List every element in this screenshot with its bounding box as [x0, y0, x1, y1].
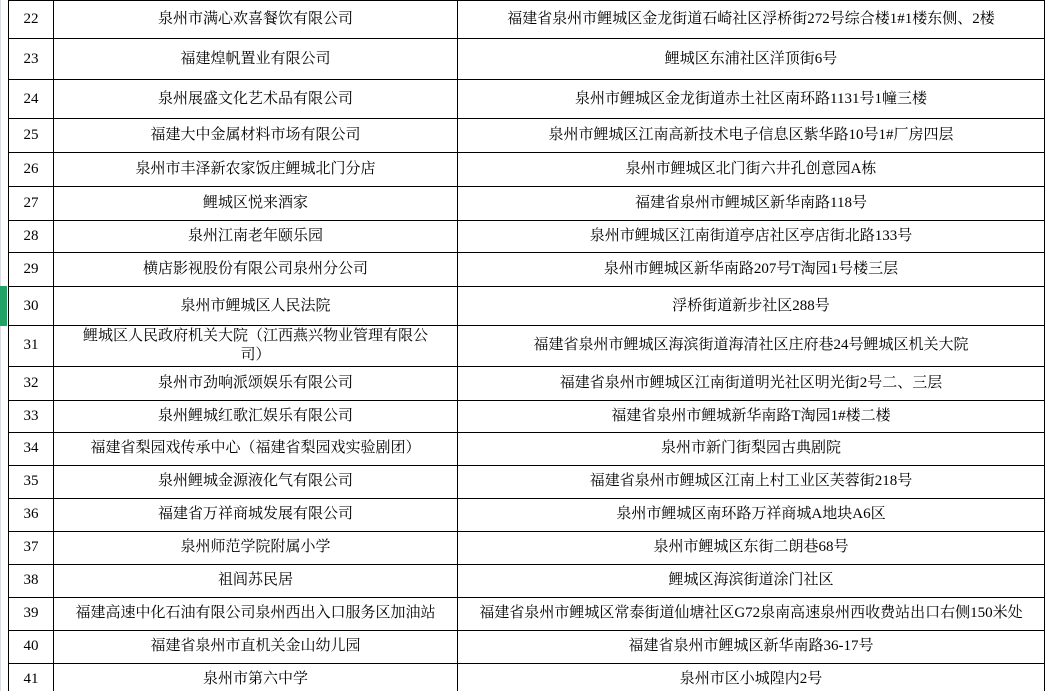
table-row: 31 鲤城区人民政府机关大院（江西燕兴物业管理有限公司） 福建省泉州市鲤城区海滨…	[9, 326, 1045, 367]
table-row: 32 泉州市劲响派颂娱乐有限公司 福建省泉州市鲤城区江南街道明光社区明光街2号二…	[9, 366, 1045, 400]
company-name-cell[interactable]: 泉州市鲤城区人民法院	[54, 287, 458, 326]
row-number-cell[interactable]: 25	[9, 119, 54, 153]
row-number-cell[interactable]: 39	[9, 597, 54, 630]
page-left-edge-line	[0, 0, 1, 691]
table-row: 23 福建煌帆置业有限公司 鲤城区东浦社区洋顶街6号	[9, 39, 1045, 80]
company-name-cell[interactable]: 泉州市满心欢喜餐饮有限公司	[54, 1, 458, 39]
row-number-cell[interactable]: 26	[9, 153, 54, 187]
address-cell[interactable]: 泉州市新门街梨园古典剧院	[458, 432, 1045, 465]
row-number-cell[interactable]: 27	[9, 187, 54, 221]
row-number-cell[interactable]: 22	[9, 1, 54, 39]
row-number-cell[interactable]: 36	[9, 498, 54, 531]
company-name-cell[interactable]: 福建省万祥商城发展有限公司	[54, 498, 458, 531]
company-name-cell[interactable]: 福建高速中化石油有限公司泉州西出入口服务区加油站	[54, 597, 458, 630]
address-cell[interactable]: 鲤城区东浦社区洋顶街6号	[458, 39, 1045, 80]
company-name-cell[interactable]: 泉州师范学院附属小学	[54, 531, 458, 564]
company-name-cell[interactable]: 祖闾苏民居	[54, 564, 458, 597]
address-cell[interactable]: 泉州市区小城隍内2号	[458, 663, 1045, 691]
table-row: 39 福建高速中化石油有限公司泉州西出入口服务区加油站 福建省泉州市鲤城区常泰街…	[9, 597, 1045, 630]
row-number-cell[interactable]: 32	[9, 366, 54, 400]
table-row: 29 横店影视股份有限公司泉州分公司 泉州市鲤城区新华南路207号T淘园1号楼三…	[9, 253, 1045, 287]
row-number-cell[interactable]: 33	[9, 400, 54, 432]
address-cell[interactable]: 福建省泉州市鲤城区海滨街道海清社区庄府巷24号鲤城区机关大院	[458, 326, 1045, 367]
company-name-cell[interactable]: 泉州鲤城金源液化气有限公司	[54, 465, 458, 498]
table-row: 38 祖闾苏民居 鲤城区海滨街道涂门社区	[9, 564, 1045, 597]
company-name-cell[interactable]: 泉州展盛文化艺术品有限公司	[54, 80, 458, 119]
table-row: 37 泉州师范学院附属小学 泉州市鲤城区东街二朗巷68号	[9, 531, 1045, 564]
company-name-cell[interactable]: 泉州市劲响派颂娱乐有限公司	[54, 366, 458, 400]
companies-table: 22 泉州市满心欢喜餐饮有限公司 福建省泉州市鲤城区金龙街道石崎社区浮桥街272…	[8, 0, 1045, 691]
row-number-cell[interactable]: 35	[9, 465, 54, 498]
company-name-cell[interactable]: 泉州市丰泽新农家饭庄鲤城北门分店	[54, 153, 458, 187]
row-number-cell[interactable]: 37	[9, 531, 54, 564]
table-row: 25 福建大中金属材料市场有限公司 泉州市鲤城区江南高新技术电子信息区紫华路10…	[9, 119, 1045, 153]
row-number-cell[interactable]: 24	[9, 80, 54, 119]
address-cell[interactable]: 浮桥街道新步社区288号	[458, 287, 1045, 326]
company-name-wrapped: 鲤城区人民政府机关大院（江西燕兴物业管理有限公司）	[78, 327, 434, 365]
row-number-cell[interactable]: 34	[9, 432, 54, 465]
table-row: 34 福建省梨园戏传承中心（福建省梨园戏实验剧团） 泉州市新门街梨园古典剧院	[9, 432, 1045, 465]
address-cell[interactable]: 福建省泉州市鲤城区金龙街道石崎社区浮桥街272号综合楼1#1楼东侧、2楼	[458, 1, 1045, 39]
row-number-cell[interactable]: 38	[9, 564, 54, 597]
table-row: 26 泉州市丰泽新农家饭庄鲤城北门分店 泉州市鲤城区北门街六井孔创意园A栋	[9, 153, 1045, 187]
address-cell[interactable]: 福建省泉州市鲤城区新华南路118号	[458, 187, 1045, 221]
table-row: 27 鲤城区悦来酒家 福建省泉州市鲤城区新华南路118号	[9, 187, 1045, 221]
address-cell[interactable]: 泉州市鲤城区新华南路207号T淘园1号楼三层	[458, 253, 1045, 287]
table-row: 30 泉州市鲤城区人民法院 浮桥街道新步社区288号	[9, 287, 1045, 326]
company-name-cell[interactable]: 福建煌帆置业有限公司	[54, 39, 458, 80]
table-row: 36 福建省万祥商城发展有限公司 泉州市鲤城区南环路万祥商城A地块A6区	[9, 498, 1045, 531]
company-name-cell[interactable]: 泉州鲤城红歌汇娱乐有限公司	[54, 400, 458, 432]
row-number-cell[interactable]: 40	[9, 630, 54, 663]
company-name-cell[interactable]: 鲤城区人民政府机关大院（江西燕兴物业管理有限公司）	[54, 326, 458, 367]
row-number-cell[interactable]: 29	[9, 253, 54, 287]
address-cell[interactable]: 泉州市鲤城区江南街道亭店社区亭店街北路133号	[458, 221, 1045, 253]
company-name-cell[interactable]: 泉州市第六中学	[54, 663, 458, 691]
table-row: 22 泉州市满心欢喜餐饮有限公司 福建省泉州市鲤城区金龙街道石崎社区浮桥街272…	[9, 1, 1045, 39]
company-name-cell[interactable]: 鲤城区悦来酒家	[54, 187, 458, 221]
row-30-selection-marker	[0, 286, 7, 326]
company-name-cell[interactable]: 福建省梨园戏传承中心（福建省梨园戏实验剧团）	[54, 432, 458, 465]
company-name-cell[interactable]: 福建省泉州市直机关金山幼儿园	[54, 630, 458, 663]
company-name-cell[interactable]: 横店影视股份有限公司泉州分公司	[54, 253, 458, 287]
address-cell[interactable]: 鲤城区海滨街道涂门社区	[458, 564, 1045, 597]
address-cell[interactable]: 泉州市鲤城区东街二朗巷68号	[458, 531, 1045, 564]
address-cell[interactable]: 泉州市鲤城区南环路万祥商城A地块A6区	[458, 498, 1045, 531]
company-name-cell[interactable]: 泉州江南老年颐乐园	[54, 221, 458, 253]
address-cell[interactable]: 福建省泉州市鲤城区新华南路36-17号	[458, 630, 1045, 663]
table-row: 33 泉州鲤城红歌汇娱乐有限公司 福建省泉州市鲤城新华南路T淘园1#楼二楼	[9, 400, 1045, 432]
company-name-cell[interactable]: 福建大中金属材料市场有限公司	[54, 119, 458, 153]
row-number-cell[interactable]: 30	[9, 287, 54, 326]
row-number-cell[interactable]: 23	[9, 39, 54, 80]
table-row: 41 泉州市第六中学 泉州市区小城隍内2号	[9, 663, 1045, 691]
address-cell[interactable]: 泉州市鲤城区江南高新技术电子信息区紫华路10号1#厂房四层	[458, 119, 1045, 153]
address-cell[interactable]: 福建省泉州市鲤城新华南路T淘园1#楼二楼	[458, 400, 1045, 432]
spreadsheet-page: 22 泉州市满心欢喜餐饮有限公司 福建省泉州市鲤城区金龙街道石崎社区浮桥街272…	[0, 0, 1049, 691]
address-cell[interactable]: 泉州市鲤城区北门街六井孔创意园A栋	[458, 153, 1045, 187]
table-row: 40 福建省泉州市直机关金山幼儿园 福建省泉州市鲤城区新华南路36-17号	[9, 630, 1045, 663]
address-cell[interactable]: 福建省泉州市鲤城区江南上村工业区芙蓉街218号	[458, 465, 1045, 498]
row-number-cell[interactable]: 41	[9, 663, 54, 691]
row-number-cell[interactable]: 28	[9, 221, 54, 253]
table-row: 28 泉州江南老年颐乐园 泉州市鲤城区江南街道亭店社区亭店街北路133号	[9, 221, 1045, 253]
table-row: 24 泉州展盛文化艺术品有限公司 泉州市鲤城区金龙街道赤土社区南环路1131号1…	[9, 80, 1045, 119]
row-number-cell[interactable]: 31	[9, 326, 54, 367]
address-cell[interactable]: 福建省泉州市鲤城区江南街道明光社区明光街2号二、三层	[458, 366, 1045, 400]
address-cell[interactable]: 福建省泉州市鲤城区常泰街道仙塘社区G72泉南高速泉州西收费站出口右侧150米处	[458, 597, 1045, 630]
address-cell[interactable]: 泉州市鲤城区金龙街道赤土社区南环路1131号1幢三楼	[458, 80, 1045, 119]
table-row: 35 泉州鲤城金源液化气有限公司 福建省泉州市鲤城区江南上村工业区芙蓉街218号	[9, 465, 1045, 498]
